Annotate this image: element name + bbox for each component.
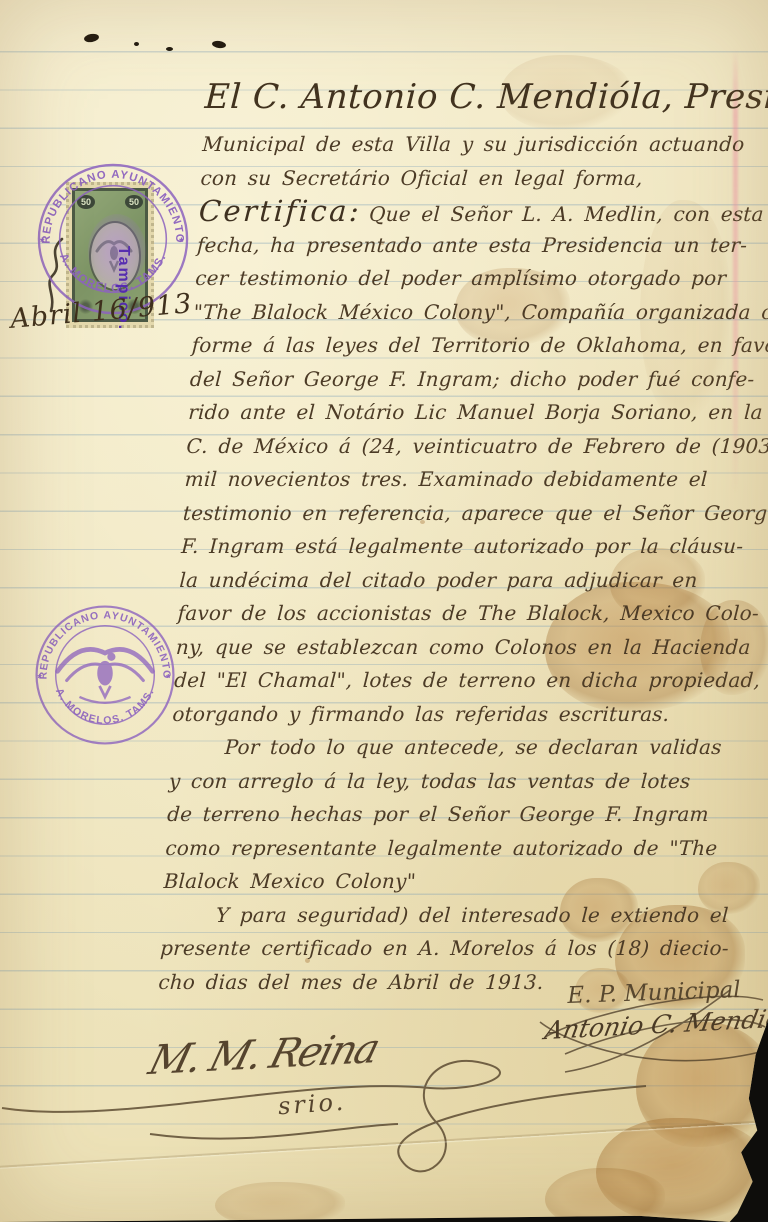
text-line: "The Blalock México Colony", Compañía or… — [193, 296, 768, 330]
seal-arc-top-text: REPUBLICANO AYUNTAMIENTO — [41, 169, 186, 244]
stain — [545, 1168, 665, 1222]
text-line: rido ante el Notário Lic Manuel Borja So… — [187, 396, 768, 430]
stain — [215, 1182, 345, 1222]
svg-text:A. MORELOS. TAMS.: A. MORELOS. TAMS. — [57, 252, 169, 295]
seal-arc-bottom-text: A. MORELOS. TAMS. — [53, 687, 157, 727]
text-line: la undécima del citado poder para adjudi… — [179, 564, 763, 598]
text-line: testimonio en referencia, aparece que el… — [182, 497, 766, 531]
paper-sheet: 50 50 REPUBLICANO AYUNTAMIENTO — [0, 0, 768, 1222]
text-line: forme á las leyes del Territorio de Okla… — [191, 329, 768, 363]
text-line: presente certificado en A. Morelos á los… — [159, 932, 743, 966]
text-line: F. Ingram está legalmente autorizado por… — [180, 530, 764, 564]
seal-separator-right: * — [166, 672, 171, 684]
text-line: Municipal de esta Villa y su jurisdicció… — [201, 128, 768, 162]
text-line: del "El Chamal", lotes de terreno en dic… — [173, 664, 757, 698]
seal-separator-left: * — [40, 235, 45, 249]
seal-eagle-icon — [58, 649, 153, 702]
svg-text:REPUBLICANO AYUNTAMIENTO: REPUBLICANO AYUNTAMIENTO — [41, 169, 186, 244]
seal-separator-left: * — [37, 672, 42, 684]
text-line: con su Secretário Oficial en legal forma… — [200, 162, 768, 196]
text-line: otorgando y firmando las referidas escri… — [172, 698, 756, 732]
municipal-seal-bottom: REPUBLICANO AYUNTAMIENTO A. MORELOS. TAM… — [32, 602, 178, 748]
ink-blot — [166, 47, 173, 51]
text-line: Y para seguridad) del interesado le exti… — [161, 899, 745, 933]
document-heading: El C. Antonio C. Mendióla, Presidente — [203, 66, 768, 128]
secretary-title: srio. — [277, 1088, 347, 1121]
document-photo: 50 50 REPUBLICANO AYUNTAMIENTO — [0, 0, 768, 1222]
text-line: cer testimonio del poder amplísimo otorg… — [194, 262, 768, 296]
text-line: de terreno hechas por el Señor George F.… — [166, 798, 750, 832]
ink-blot — [134, 42, 139, 46]
text-line: como representante legalmente autorizado… — [165, 832, 749, 866]
text-line: del Señor George F. Ingram; dicho poder … — [189, 363, 768, 397]
text-line: y con arreglo á la ley, todas las ventas… — [168, 765, 752, 799]
text-line: mil novecientos tres. Examinado debidame… — [184, 463, 768, 497]
certifica-label: Certifica: — [198, 194, 362, 228]
text-line: Por todo lo que antecede, se declaran va… — [170, 731, 754, 765]
text-line: fecha, ha presentado ante esta Presidenc… — [196, 229, 768, 263]
text-line: ny, que se establezcan como Colonos en l… — [175, 631, 759, 665]
text-line: favor de los accionistas de The Blalock,… — [177, 597, 761, 631]
seal-arc-bottom-text: A. MORELOS. TAMS. — [57, 252, 169, 295]
seal-separator-right: * — [179, 235, 184, 249]
text-line: Que el Señor L. A. Medlin, con esta — [369, 202, 765, 226]
document-body: El C. Antonio C. Mendióla, Presidente Mu… — [158, 66, 768, 999]
text-line: C. de México á (24, veinticuatro de Febr… — [186, 430, 768, 464]
text-line-certifica: Certifica:Que el Señor L. A. Medlin, con… — [198, 195, 768, 229]
text-line: Blalock Mexico Colony" — [163, 865, 747, 899]
svg-text:A. MORELOS. TAMS.: A. MORELOS. TAMS. — [53, 687, 157, 727]
